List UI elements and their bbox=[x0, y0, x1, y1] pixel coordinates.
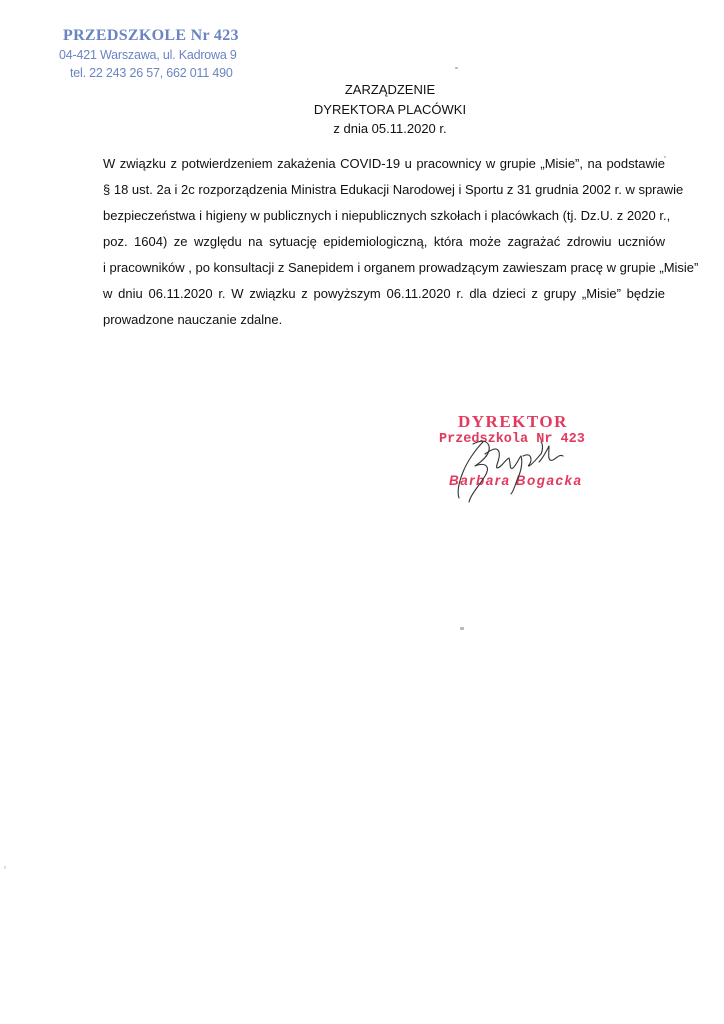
title-line-2: DYREKTORA PLACÓWKI bbox=[240, 100, 540, 120]
director-signature-stamp: DYREKTOR Przedszkola Nr 423 Barbara Boga… bbox=[425, 410, 625, 510]
body-line: poz. 1604) ze względu na sytuację epidem… bbox=[103, 229, 665, 255]
document-title: ZARZĄDZENIE DYREKTORA PLACÓWKI z dnia 05… bbox=[240, 80, 540, 139]
body-line: i pracowników , po konsultacji z Sanepid… bbox=[103, 255, 665, 281]
scan-speck bbox=[460, 627, 464, 630]
body-line: W związku z potwierdzeniem zakażenia COV… bbox=[103, 151, 665, 177]
body-line: w dniu 06.11.2020 r. W związku z powyższ… bbox=[103, 281, 665, 307]
scan-speck bbox=[455, 67, 458, 69]
school-name: PRZEDSZKOLE Nr 423 bbox=[63, 26, 253, 46]
document-date: z dnia 05.11.2020 r. bbox=[240, 119, 540, 139]
title-line-1: ZARZĄDZENIE bbox=[240, 80, 540, 100]
body-line: § 18 ust. 2a i 2c rozporządzenia Ministr… bbox=[103, 177, 665, 203]
scan-speck bbox=[4, 866, 6, 869]
school-header-stamp: PRZEDSZKOLE Nr 423 04-421 Warszawa, ul. … bbox=[53, 26, 253, 82]
scan-speck bbox=[664, 156, 666, 158]
school-phone: tel. 22 243 26 57, 662 011 490 bbox=[70, 64, 253, 82]
body-line: bezpieczeństwa i higieny w publicznych i… bbox=[103, 203, 665, 229]
body-line: prowadzone nauczanie zdalne. bbox=[103, 307, 665, 333]
document-body: W związku z potwierdzeniem zakażenia COV… bbox=[103, 151, 665, 333]
school-address: 04-421 Warszawa, ul. Kadrowa 9 bbox=[59, 46, 253, 64]
handwritten-signature-icon bbox=[425, 410, 625, 510]
